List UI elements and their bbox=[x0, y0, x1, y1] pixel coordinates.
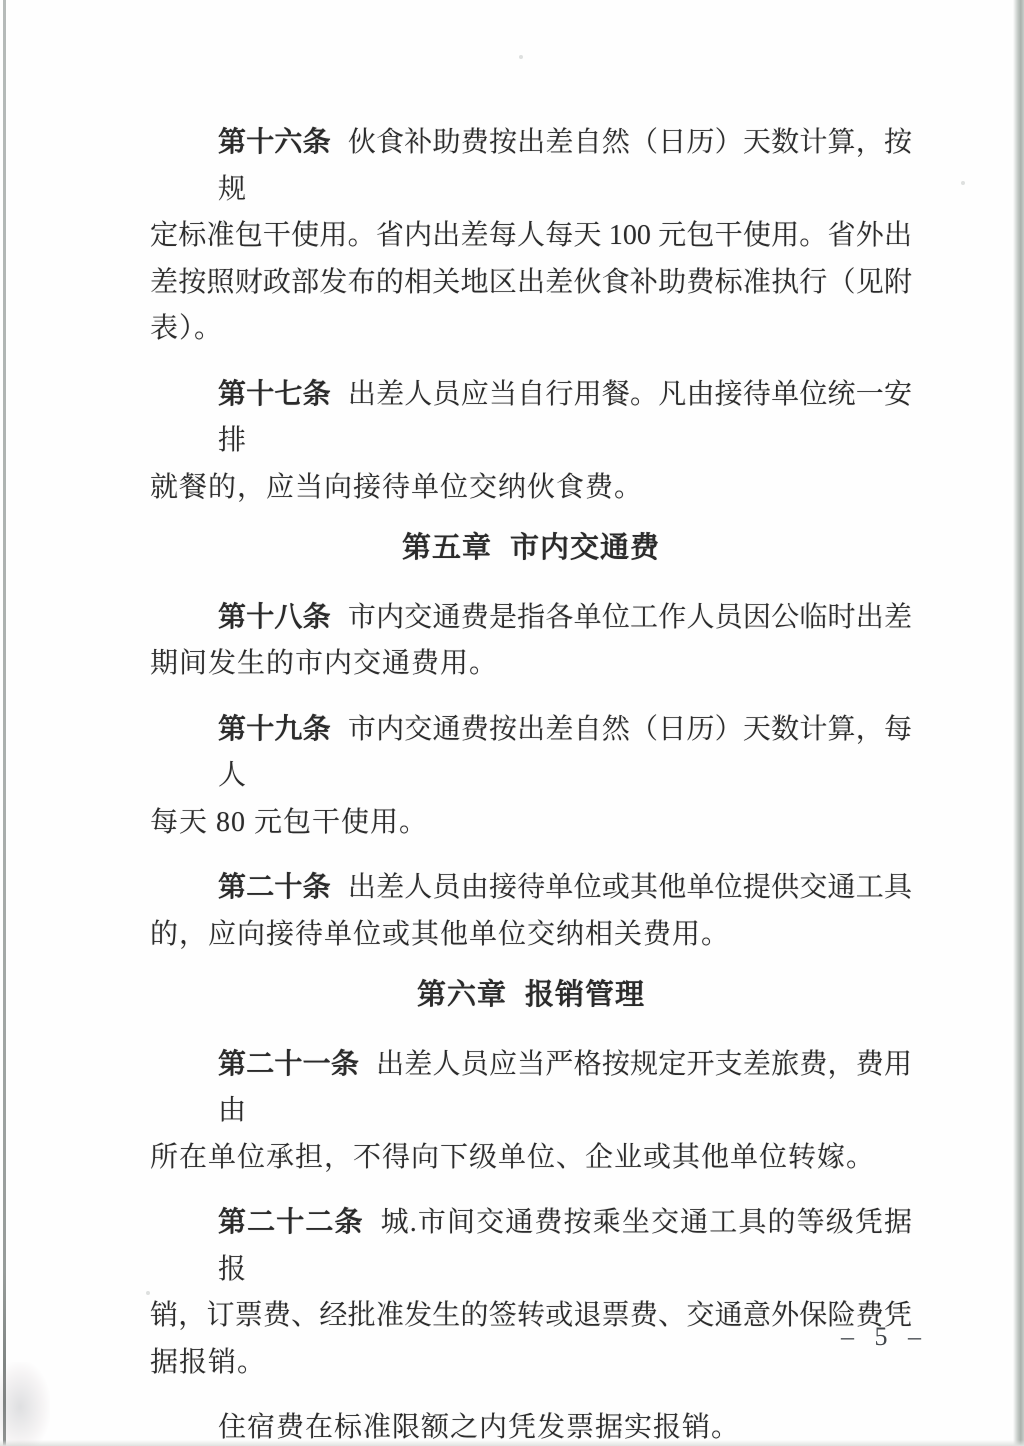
article-number: 第十六条 bbox=[218, 127, 331, 158]
scan-smudge bbox=[0, 1362, 50, 1446]
scan-speck bbox=[961, 181, 965, 185]
scan-speck bbox=[146, 1291, 150, 1295]
paragraph-article-22: 第二十二条城.市间交通费按乘坐交通工具的等级凭据报 销，订票费、经批准发生的签转… bbox=[150, 1200, 912, 1386]
text-line: 定标准包干使用。省内出差每人每天 100 元包干使用。省外出 bbox=[150, 213, 912, 260]
text-line: 的，应向接待单位或其他单位交纳相关费用。 bbox=[150, 912, 912, 959]
text-run: 市内交通费是指各单位工作人员因公临时出差 bbox=[348, 602, 912, 633]
paragraph-article-21: 第二十一条出差人员应当严格按规定开支差旅费，费用由 所在单位承担，不得向下级单位… bbox=[150, 1042, 912, 1182]
article-number: 第二十一条 bbox=[218, 1049, 359, 1080]
article-number: 第十八条 bbox=[218, 602, 331, 633]
text-line: 第二十条出差人员由接待单位或其他单位提供交通工具 bbox=[150, 865, 912, 912]
scan-speck bbox=[221, 222, 225, 226]
article-number: 第十九条 bbox=[218, 714, 331, 745]
text-line: 期间发生的市内交通费用。 bbox=[150, 641, 912, 688]
article-number: 第二十二条 bbox=[218, 1207, 364, 1238]
article-number: 第二十条 bbox=[218, 872, 331, 903]
chapter-title: 市内交通费 bbox=[510, 532, 660, 564]
text-line: 就餐的，应当向接待单位交纳伙食费。 bbox=[150, 465, 912, 512]
chapter-number: 第五章 bbox=[402, 532, 492, 564]
chapter-title: 报销管理 bbox=[525, 979, 645, 1011]
document-page: 第十六条伙食补助费按出差自然（日历）天数计算，按规 定标准包干使用。省内出差每人… bbox=[0, 0, 1024, 1446]
page-number: – 5 – bbox=[841, 1322, 928, 1352]
document-body: 第十六条伙食补助费按出差自然（日历）天数计算，按规 定标准包干使用。省内出差每人… bbox=[150, 120, 912, 1446]
paragraph-article-16: 第十六条伙食补助费按出差自然（日历）天数计算，按规 定标准包干使用。省内出差每人… bbox=[150, 120, 912, 353]
text-run: 出差人员由接待单位或其他单位提供交通工具 bbox=[348, 872, 912, 903]
text-line: 表）。 bbox=[150, 306, 912, 353]
text-line: 第二十二条城.市间交通费按乘坐交通工具的等级凭据报 bbox=[150, 1200, 912, 1293]
text-line: 第二十一条出差人员应当严格按规定开支差旅费，费用由 bbox=[150, 1042, 912, 1135]
scan-edge-left bbox=[3, 0, 6, 1446]
paragraph-article-17: 第十七条出差人员应当自行用餐。凡由接待单位统一安排 就餐的，应当向接待单位交纳伙… bbox=[150, 372, 912, 512]
text-line: 销，订票费、经批准发生的签转或退票费、交通意外保险费凭 bbox=[150, 1293, 912, 1340]
text-line: 第十六条伙食补助费按出差自然（日历）天数计算，按规 bbox=[150, 120, 912, 213]
text-line: 第十七条出差人员应当自行用餐。凡由接待单位统一安排 bbox=[150, 372, 912, 465]
article-number: 第十七条 bbox=[218, 379, 331, 410]
text-line: 所在单位承担，不得向下级单位、企业或其他单位转嫁。 bbox=[150, 1135, 912, 1182]
text-line: 据报销。 bbox=[150, 1340, 912, 1387]
paragraph-article-19: 第十九条市内交通费按出差自然（日历）天数计算，每人 每天 80 元包干使用。 bbox=[150, 707, 912, 847]
scan-speck bbox=[519, 55, 523, 59]
text-line: 每天 80 元包干使用。 bbox=[150, 800, 912, 847]
chapter-5-heading: 第五章市内交通费 bbox=[150, 525, 912, 572]
paragraph-article-18: 第十八条市内交通费是指各单位工作人员因公临时出差 期间发生的市内交通费用。 bbox=[150, 595, 912, 688]
text-line: 第十九条市内交通费按出差自然（日历）天数计算，每人 bbox=[150, 707, 912, 800]
chapter-number: 第六章 bbox=[417, 979, 507, 1011]
chapter-6-heading: 第六章报销管理 bbox=[150, 972, 912, 1019]
text-line: 第十八条市内交通费是指各单位工作人员因公临时出差 bbox=[150, 595, 912, 642]
paragraph-article-20: 第二十条出差人员由接待单位或其他单位提供交通工具 的，应向接待单位或其他单位交纳… bbox=[150, 865, 912, 958]
scan-edge-bottom bbox=[0, 1440, 1024, 1446]
scan-edge-right bbox=[1013, 0, 1024, 1446]
text-line: 差按照财政部发布的相关地区出差伙食补助费标准执行（见附 bbox=[150, 260, 912, 307]
